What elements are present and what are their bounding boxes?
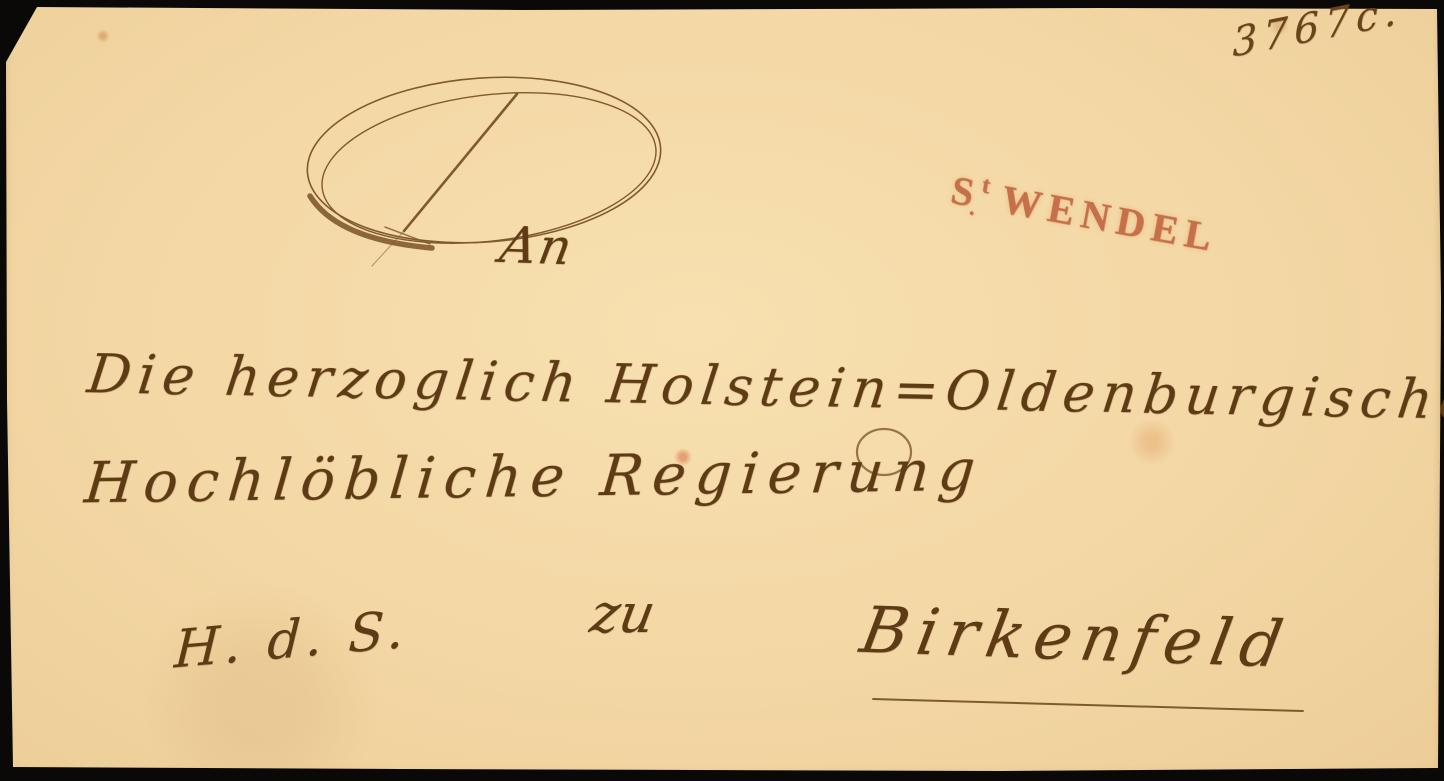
address-line-2: Hochlöbliche Regierung: [82, 437, 987, 516]
address-line-3: zu: [586, 582, 660, 645]
postal-cover-scan: 3767c. An Die herzoglich Holstein=Oldenb…: [0, 0, 1444, 781]
salutation-an: An: [496, 216, 578, 276]
destination-name: Birkenfeld: [855, 594, 1297, 683]
